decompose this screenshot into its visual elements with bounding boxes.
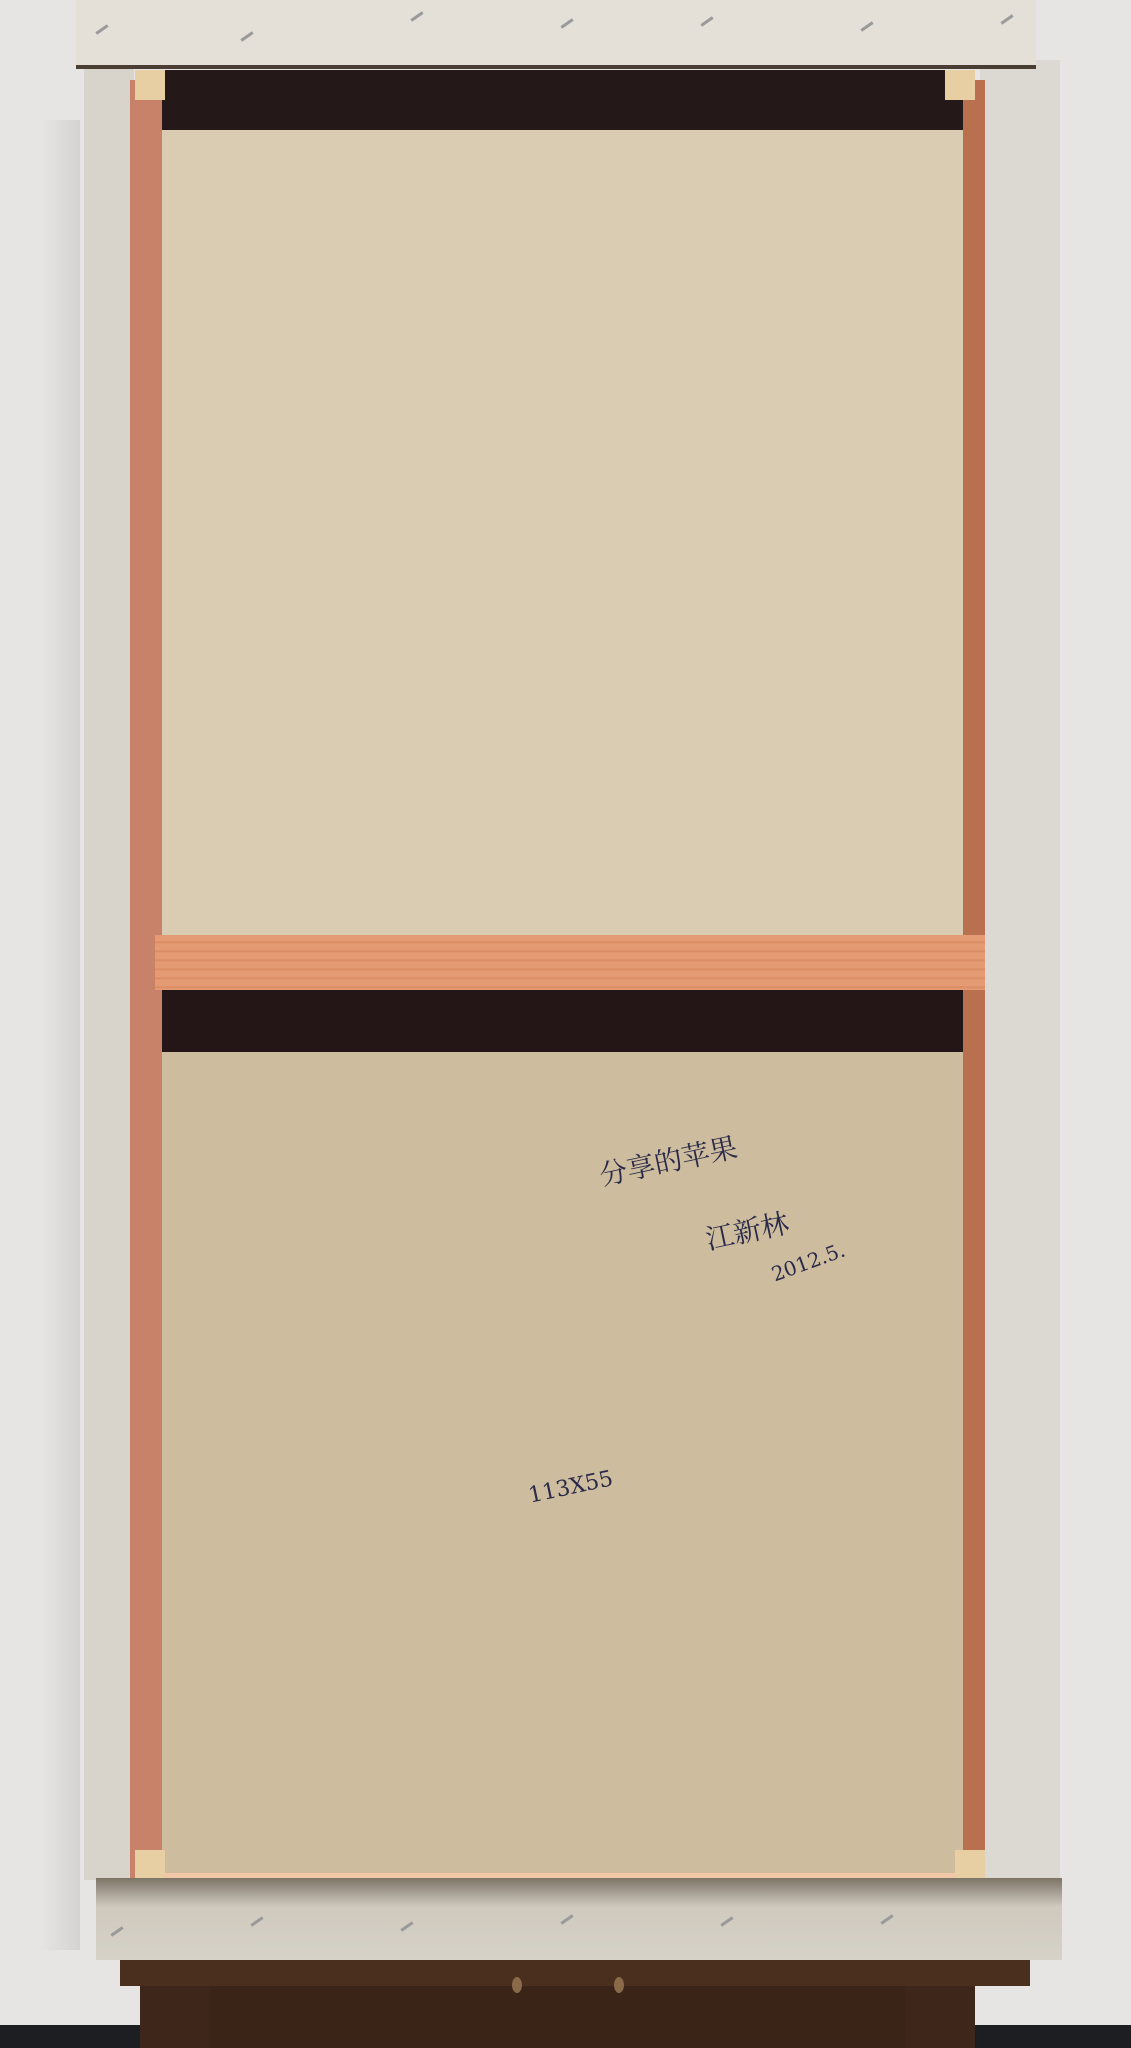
lower-panel-shadow	[160, 990, 980, 1052]
easel-leg-right	[905, 1985, 975, 2048]
canvas-wrap-left	[84, 60, 134, 1880]
easel-leg-left	[140, 1985, 210, 2048]
corner-key	[955, 1850, 985, 1880]
canvas-back-lower-panel	[160, 990, 980, 1875]
corner-key	[135, 70, 165, 100]
easel-ledge	[120, 1958, 1030, 1986]
easel-screw	[614, 1977, 624, 1993]
canvas-wrap-bottom	[96, 1878, 1062, 1960]
canvas-wrap-top	[76, 0, 1036, 69]
stretcher-crossbar	[155, 935, 985, 990]
easel-screw	[512, 1977, 522, 1993]
easel-board	[200, 1985, 920, 2048]
corner-key	[945, 70, 975, 100]
upper-panel-shadow	[160, 70, 965, 130]
canvas-wrap-right	[980, 60, 1060, 1880]
corner-key	[135, 1850, 165, 1880]
canvas-back-upper-panel	[160, 70, 965, 935]
wall-shadow	[40, 120, 80, 1950]
